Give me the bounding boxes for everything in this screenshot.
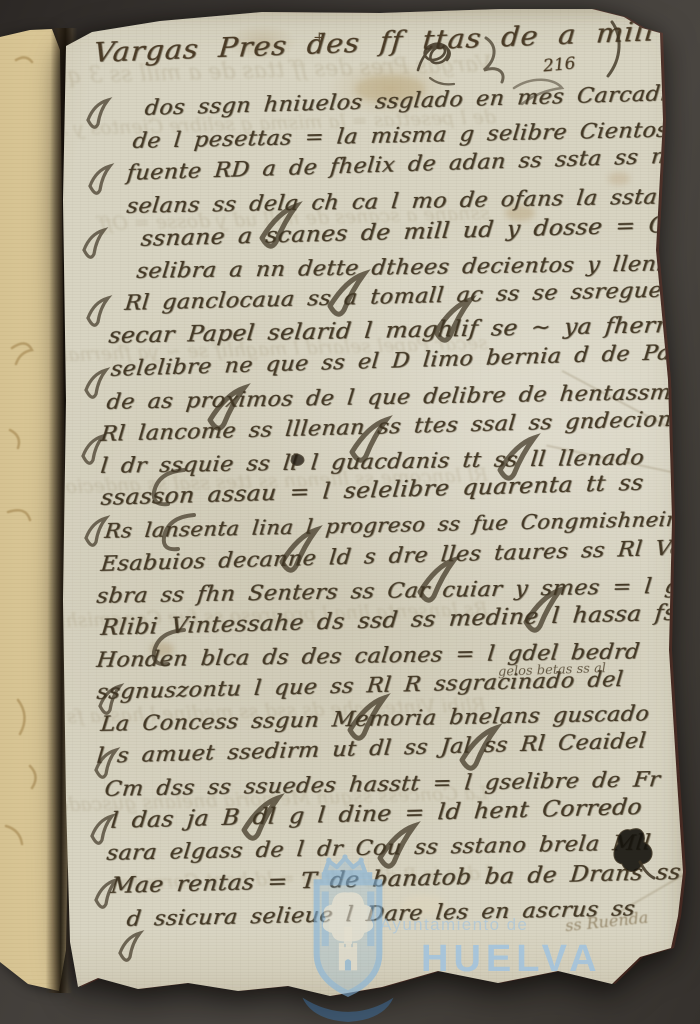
manuscript-line: Rl lancome ss lllenan ss ttes ssal ss gn… bbox=[100, 407, 685, 446]
invocation-cross-mark: + bbox=[313, 28, 326, 46]
ink-flourish bbox=[430, 78, 454, 84]
paper-stain bbox=[608, 172, 630, 185]
watermark-city-text: HUELVA bbox=[421, 938, 602, 981]
archival-photo-stage: Vargas Pres des ff ttas de a mill ss 3 q… bbox=[0, 0, 700, 1024]
manuscript-line: selans ss dela ch ca l mo de ofans la ss… bbox=[125, 184, 700, 218]
manuscript-line: Rl ganclocaua ss a tomall ac ss se ssreg… bbox=[124, 276, 700, 315]
ink-flourish bbox=[88, 298, 108, 325]
folio-number: 216 bbox=[542, 54, 576, 77]
ink-flourish bbox=[120, 933, 140, 960]
ink-flourish bbox=[90, 166, 110, 193]
huelva-coat-of-arms-icon bbox=[294, 854, 402, 1024]
ink-flourish bbox=[86, 370, 106, 397]
watermark-organization-text: Ayuntamiento de bbox=[380, 915, 528, 935]
manuscript-line: l s amuet ssedirm ut dl ss Jal ss Rl Cea… bbox=[96, 729, 648, 768]
